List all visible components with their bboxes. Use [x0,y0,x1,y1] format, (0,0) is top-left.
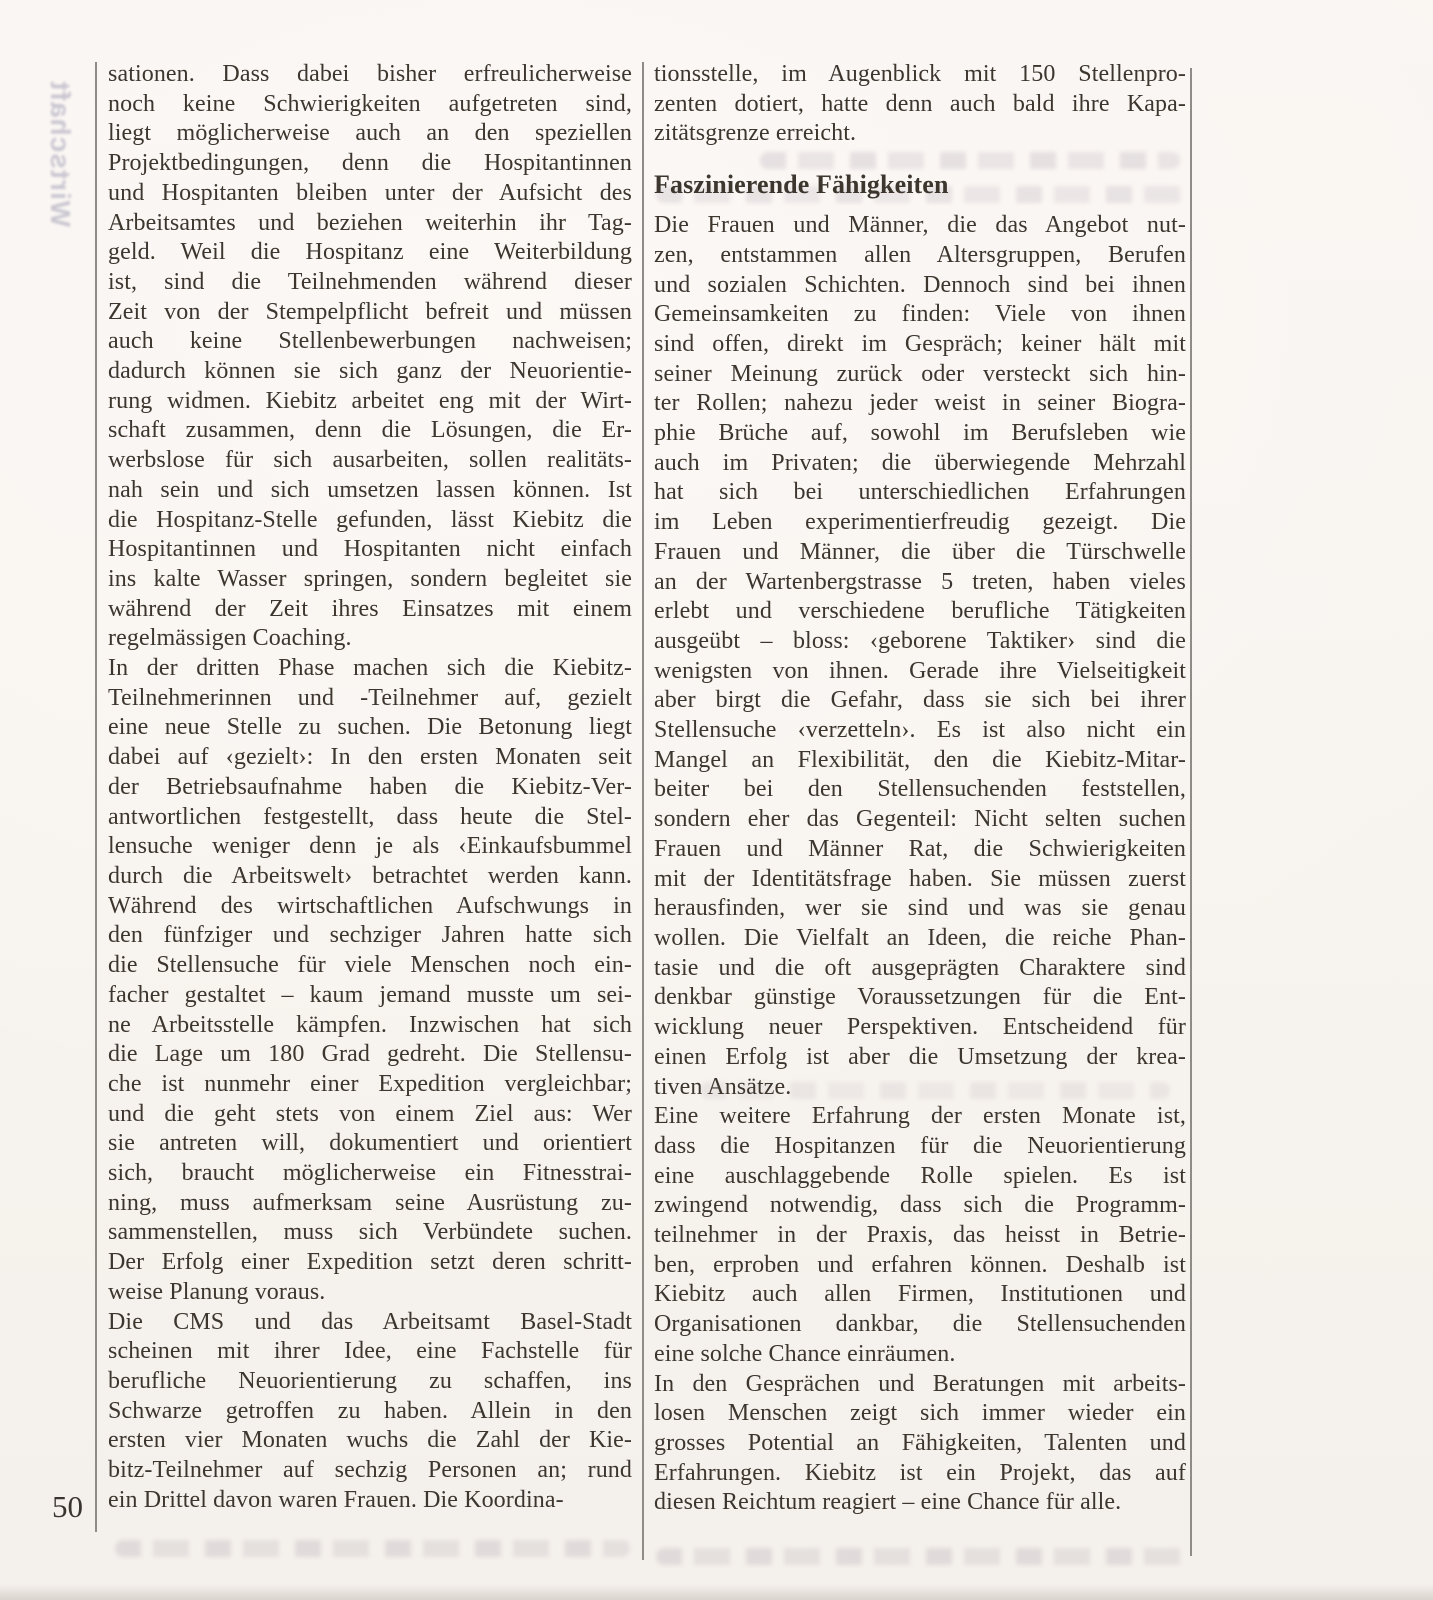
text-line: einen Erfolg ist aber die Umsetzung der … [654,1043,1186,1073]
text-line: che ist nunmehr einer Expedition verglei… [108,1070,632,1100]
text-line: durch die Arbeitswelt› betrachtet werden… [108,862,632,892]
text-line: Die Frauen und Männer, die das Angebot n… [654,211,1186,241]
bleed-through-line [656,1548,1184,1565]
text-line: regelmässigen Coaching. [108,624,632,654]
text-line: wenigsten von ihnen. Gerade ihre Vielsei… [654,657,1186,687]
text-line: wicklung neuer Perspektiven. Entscheiden… [654,1013,1186,1043]
text-line: Mangel an Flexibilität, den die Kiebitz-… [654,746,1186,776]
text-line: rung widmen. Kiebitz arbeitet eng mit de… [108,387,632,417]
paragraph: sationen. Dass dabei bisher erfreulicher… [108,60,632,654]
text-line: Hospitantinnen und Hospitanten nicht ein… [108,535,632,565]
text-line: Schwarze getroffen zu haben. Allein in d… [108,1397,632,1427]
text-line: ben, erproben und erfahren können. Desha… [654,1251,1186,1281]
paragraph: In den Gesprächen und Beratungen mit arb… [654,1370,1186,1519]
text-line: zen, entstammen allen Altersgruppen, Ber… [654,241,1186,271]
text-line: ne Arbeitsstelle kämpfen. Inzwischen hat… [108,1011,632,1041]
text-line: an der Wartenbergstrasse 5 treten, haben… [654,568,1186,598]
paragraph: Eine weitere Erfahrung der ersten Monate… [654,1102,1186,1369]
text-line: ins kalte Wasser springen, sondern begle… [108,565,632,595]
text-line: die Lage um 180 Grad gedreht. Die Stelle… [108,1040,632,1070]
text-line: teilnehmer in der Praxis, das heisst in … [654,1221,1186,1251]
text-line: diesen Reichtum reagiert – eine Chance f… [654,1488,1186,1518]
text-line: antwortlichen festgestellt, dass heute d… [108,803,632,833]
text-line: zitätsgrenze erreicht. [654,119,1186,149]
text-line: der Betriebsaufnahme haben die Kiebitz-V… [108,773,632,803]
text-line: geld. Weil die Hospitanz eine Weiterbild… [108,238,632,268]
paragraph: In der dritten Phase machen sich die Kie… [108,654,632,1307]
text-line: weise Planung voraus. [108,1278,632,1308]
text-line: sondern eher das Gegenteil: Nicht selten… [654,805,1186,835]
text-line: losen Menschen zeigt sich immer wieder e… [654,1399,1186,1429]
text-line: tionsstelle, im Augenblick mit 150 Stell… [654,60,1186,90]
text-line: eine neue Stelle zu suchen. Die Betonung… [108,713,632,743]
text-line: Frauen und Männer, die über die Türschwe… [654,538,1186,568]
text-line: hat sich bei unterschiedlichen Erfahrung… [654,478,1186,508]
text-line: Gemeinsamkeiten zu finden: Viele von ihn… [654,300,1186,330]
text-line: scheinen mit ihrer Idee, eine Fachstelle… [108,1337,632,1367]
right-column-rule [1190,68,1192,1556]
text-line: schaft zusammen, denn die Lösungen, die … [108,416,632,446]
right-text-column: tionsstelle, im Augenblick mit 150 Stell… [654,60,1186,1518]
bleed-through-line [115,1540,630,1557]
text-line: Organisationen dankbar, die Stellensuche… [654,1310,1186,1340]
text-line: berufliche Neuorientierung zu schaffen, … [108,1367,632,1397]
text-line: phie Brüche auf, sowohl im Berufsleben w… [654,419,1186,449]
text-line: beiter bei den Stellensuchenden feststel… [654,775,1186,805]
text-line: grosses Potential an Fähigkeiten, Talent… [654,1429,1186,1459]
paragraph: Die CMS und das Arbeitsamt Basel-Stadtsc… [108,1308,632,1516]
text-line: Kiebitz auch allen Firmen, Institutionen… [654,1280,1186,1310]
text-line: dass die Hospitanzen für die Neuorientie… [654,1132,1186,1162]
text-line: ein Drittel davon waren Frauen. Die Koor… [108,1486,632,1516]
text-line: und die geht stets von einem Ziel aus: W… [108,1100,632,1130]
text-line: Zeit von der Stempelpflicht befreit und … [108,298,632,328]
text-line: In den Gesprächen und Beratungen mit arb… [654,1370,1186,1400]
text-line: ersten vier Monaten wuchs die Zahl der K… [108,1426,632,1456]
text-line: mit der Identitätsfrage haben. Sie müsse… [654,865,1186,895]
text-line: und Hospitanten bleiben unter der Aufsic… [108,179,632,209]
text-line: ausgeübt – bloss: ‹geborene Taktiker› si… [654,627,1186,657]
text-line: Die CMS und das Arbeitsamt Basel-Stadt [108,1308,632,1338]
text-line: Teilnehmerinnen und -Teilnehmer auf, gez… [108,684,632,714]
text-line: eine auschlaggebende Rolle spielen. Es i… [654,1162,1186,1192]
text-line: sationen. Dass dabei bisher erfreulicher… [108,60,632,90]
left-column-rule [95,62,97,1532]
left-text-column: sationen. Dass dabei bisher erfreulicher… [108,60,632,1515]
text-line: dadurch können sie sich ganz der Neuorie… [108,357,632,387]
text-line: erlebt und verschiedene berufliche Tätig… [654,597,1186,627]
text-line: facher gestaltet – kaum jemand musste um… [108,981,632,1011]
text-line: Während des wirtschaftlichen Aufschwungs… [108,892,632,922]
text-line: sie antreten will, dokumentiert und orie… [108,1129,632,1159]
paragraph: tionsstelle, im Augenblick mit 150 Stell… [654,60,1186,149]
page-number: 50 [52,1489,83,1525]
paragraph: Die Frauen und Männer, die das Angebot n… [654,211,1186,1102]
text-line: Frauen und Männer Rat, die Schwierigkeit… [654,835,1186,865]
text-line: liegt möglicherweise auch an den speziel… [108,119,632,149]
text-line: ning, muss aufmerksam seine Ausrüstung z… [108,1189,632,1219]
text-line: lensuche weniger denn je als ‹Einkaufsbu… [108,832,632,862]
text-line: Stellensuche ‹verzetteln›. Es ist also n… [654,716,1186,746]
text-line: aber birgt die Gefahr, dass sie sich bei… [654,686,1186,716]
text-line: wollen. Die Vielfalt an Ideen, die reich… [654,924,1186,954]
text-line: die Stellensuche für viele Menschen noch… [108,951,632,981]
text-line: auch im Privaten; die überwiegende Mehrz… [654,449,1186,479]
text-line: bitz-Teilnehmer auf sechzig Personen an;… [108,1456,632,1486]
text-line: zenten dotiert, hatte denn auch bald ihr… [654,90,1186,120]
text-line: die Hospitanz-Stelle gefunden, lässt Kie… [108,506,632,536]
text-line: tasie und die oft ausgeprägten Charakter… [654,954,1186,984]
text-line: Projektbedingungen, denn die Hospitantin… [108,149,632,179]
verso-margin-label-ghost: Wirtschaft [44,52,76,227]
text-line: eine solche Chance einräumen. [654,1340,1186,1370]
text-line: ist, sind die Teilnehmenden während dies… [108,268,632,298]
text-line: sich, braucht möglicherweise ein Fitness… [108,1159,632,1189]
text-line: tiven Ansätze. [654,1073,1186,1103]
text-line: im Leben experimentierfreudig gezeigt. D… [654,508,1186,538]
text-line: Eine weitere Erfahrung der ersten Monate… [654,1102,1186,1132]
text-line: und sozialen Schichten. Dennoch sind bei… [654,271,1186,301]
text-line: werbslose für sich ausarbeiten, sollen r… [108,446,632,476]
text-line: dabei auf ‹gezielt›: In den ersten Monat… [108,743,632,773]
center-column-rule [642,62,644,1560]
text-line: nah sein und sich umsetzen lassen können… [108,476,632,506]
scanned-magazine-page: Wirtschaft sationen. Dass dabei bisher e… [0,0,1433,1600]
text-line: Arbeitsamtes und beziehen weiterhin ihr … [108,209,632,239]
section-heading: Faszinierende Fähigkeiten [654,170,1186,200]
text-line: auch keine Stellenbewerbungen nachweisen… [108,327,632,357]
text-line: während der Zeit ihres Einsatzes mit ein… [108,595,632,625]
text-line: den fünfziger und sechziger Jahren hatte… [108,921,632,951]
text-line: Der Erfolg einer Expedition setzt deren … [108,1248,632,1278]
text-line: denkbar günstige Voraussetzungen für die… [654,983,1186,1013]
text-line: noch keine Schwierigkeiten aufgetreten s… [108,90,632,120]
text-line: zwingend notwendig, dass sich die Progra… [654,1191,1186,1221]
text-line: seiner Meinung zurück oder versteckt sic… [654,360,1186,390]
text-line: herausfinden, wer sie sind und was sie g… [654,894,1186,924]
text-line: In der dritten Phase machen sich die Kie… [108,654,632,684]
text-line: sind offen, direkt im Gespräch; keiner h… [654,330,1186,360]
text-line: Erfahrungen. Kiebitz ist ein Projekt, da… [654,1459,1186,1489]
text-line: sammenstellen, muss sich Verbündete such… [108,1218,632,1248]
page-bottom-shadow [0,1584,1433,1600]
text-line: ter Rollen; nahezu jeder weist in seiner… [654,389,1186,419]
